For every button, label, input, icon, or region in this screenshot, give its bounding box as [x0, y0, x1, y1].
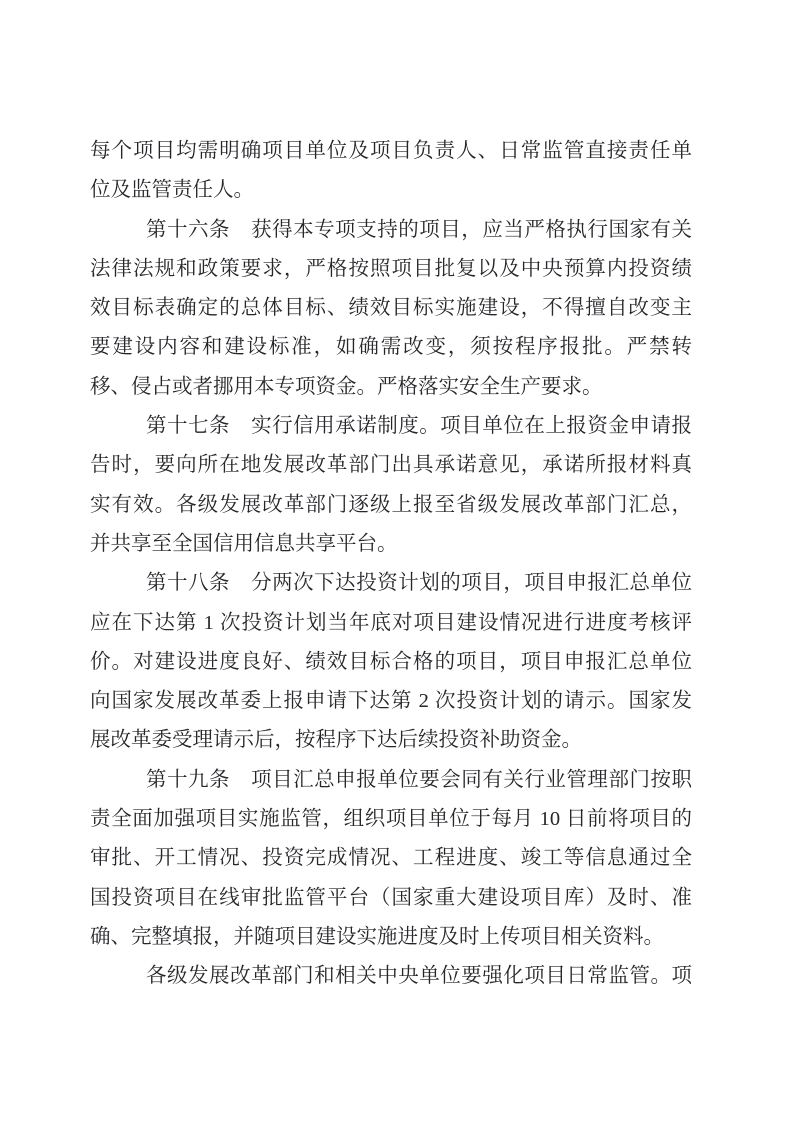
text-line: 确、完整填报，并随项目建设实施进度及时上传项目相关资料。: [90, 918, 692, 957]
text-line: 第十九条 项目汇总申报单位要会同有关行业管理部门按职: [90, 761, 692, 800]
text-line: 位及监管责任人。: [90, 171, 692, 210]
text-line: 第十七条 实行信用承诺制度。项目单位在上报资金申请报: [90, 407, 692, 446]
text-line: 并共享至全国信用信息共享平台。: [90, 525, 692, 564]
text-line: 审批、开工情况、投资完成情况、工程进度、竣工等信息通过全: [90, 839, 692, 878]
text-line: 要建设内容和建设标准，如确需改变，须按程序报批。严禁转: [90, 328, 692, 367]
text-line: 向国家发展改革委上报申请下达第 2 次投资计划的请示。国家发: [90, 682, 692, 721]
document-page: 每个项目均需明确项目单位及项目负责人、日常监管直接责任单位及监管责任人。第十六条…: [0, 0, 794, 1123]
text-line: 每个项目均需明确项目单位及项目负责人、日常监管直接责任单: [90, 132, 692, 171]
text-line: 第十八条 分两次下达投资计划的项目，项目申报汇总单位: [90, 564, 692, 603]
text-line: 价。对建设进度良好、绩效目标合格的项目，项目申报汇总单位: [90, 643, 692, 682]
text-line: 法律法规和政策要求，严格按照项目批复以及中央预算内投资绩: [90, 250, 692, 289]
document-body: 每个项目均需明确项目单位及项目负责人、日常监管直接责任单位及监管责任人。第十六条…: [90, 132, 692, 997]
text-line: 移、侵占或者挪用本专项资金。严格落实安全生产要求。: [90, 368, 692, 407]
text-line: 第十六条 获得本专项支持的项目，应当严格执行国家有关: [90, 211, 692, 250]
text-line: 告时，要向所在地发展改革部门出具承诺意见，承诺所报材料真: [90, 446, 692, 485]
text-line: 展改革委受理请示后，按程序下达后续投资补助资金。: [90, 721, 692, 760]
text-line: 各级发展改革部门和相关中央单位要强化项目日常监管。项: [90, 957, 692, 996]
text-line: 应在下达第 1 次投资计划当年底对项目建设情况进行进度考核评: [90, 604, 692, 643]
text-line: 效目标表确定的总体目标、绩效目标实施建设，不得擅自改变主: [90, 289, 692, 328]
text-line: 实有效。各级发展改革部门逐级上报至省级发展改革部门汇总，: [90, 486, 692, 525]
text-line: 责全面加强项目实施监管，组织项目单位于每月 10 日前将项目的: [90, 800, 692, 839]
text-line: 国投资项目在线审批监管平台（国家重大建设项目库）及时、准: [90, 879, 692, 918]
